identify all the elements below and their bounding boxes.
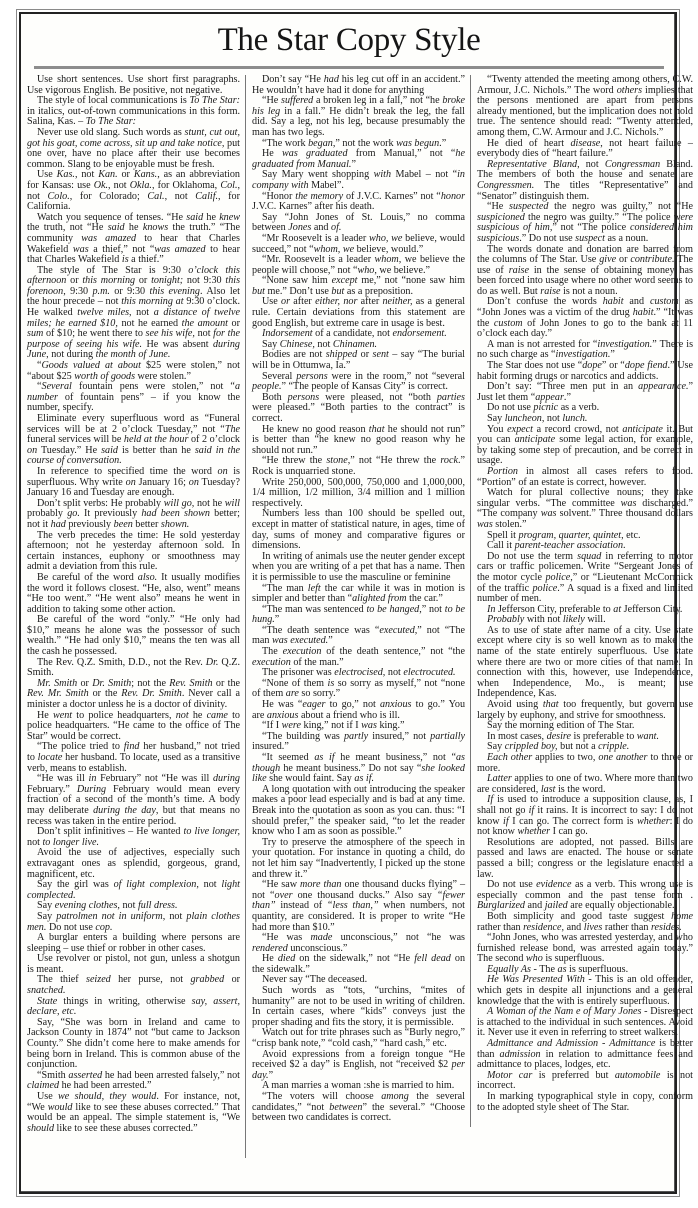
style-rule-paragraph: “He suffered a broken leg in a fall,” no…: [252, 96, 465, 138]
style-rule-paragraph: Write 250,000, 500,000, 750,000 and 1,00…: [252, 478, 465, 510]
style-rule-paragraph: “None of them is so sorry as myself,” no…: [252, 679, 465, 700]
style-rule-paragraph: Avoid using that too frequently, but gov…: [477, 700, 693, 721]
style-rule-paragraph: Motor car is preferred but automobile is…: [477, 1071, 693, 1092]
style-rule-paragraph: A long quotation with out introducing th…: [252, 785, 465, 838]
style-rule-paragraph: Each other applies to two, one another t…: [477, 753, 693, 774]
title-rule: [34, 66, 664, 69]
style-rule-paragraph: Say, “She was born in Ireland and came t…: [27, 1018, 240, 1071]
style-rule-paragraph: Both simplicity and good taste suggest h…: [477, 912, 693, 933]
style-rule-paragraph: Say “John Jones of St. Louis,” no comma …: [252, 213, 465, 234]
style-rule-paragraph: “Mr. Roosevelt is a leader whom, we beli…: [252, 255, 465, 276]
style-rule-paragraph: Bodies are not shipped or sent – say “Th…: [252, 350, 465, 371]
style-rule-paragraph: Both persons were pleased, not “both par…: [252, 393, 465, 425]
style-rule-paragraph: “Honor the memory of J.V.C. Karnes” not …: [252, 192, 465, 213]
style-rule-paragraph: Use or after either, nor after neither, …: [252, 297, 465, 329]
style-rule-paragraph: “Mr Roosevelt is a leader who, we believ…: [252, 234, 465, 255]
style-rule-paragraph: Admittance and Admission - Admittance is…: [477, 1039, 693, 1071]
style-rule-paragraph: He went to police headquarters, not he c…: [27, 711, 240, 743]
style-rule-paragraph: If is used to introduce a supposition cl…: [477, 795, 693, 837]
style-rule-paragraph: Watch for plural collective nouns; they …: [477, 488, 693, 530]
style-rule-paragraph: The style of local communications is To …: [27, 96, 240, 128]
style-rule-paragraph: Mr. Smith or Dr. Smith; not the Rev. Smi…: [27, 679, 240, 711]
style-rule-paragraph: State things in writing, otherwise say, …: [27, 997, 240, 1018]
style-rule-paragraph: The thief seized her purse, not grabbed …: [27, 975, 240, 996]
style-rule-paragraph: Use revolver or pistol, not gun, unless …: [27, 954, 240, 975]
style-rule-paragraph: You expect a record crowd, not anticipat…: [477, 425, 693, 467]
column-divider: [245, 75, 246, 1158]
style-rule-paragraph: Watch you sequence of tenses. “He said h…: [27, 213, 240, 266]
style-rule-paragraph: Representative Bland, not Congressman Bl…: [477, 160, 693, 202]
style-rule-paragraph: “He saw more than one thousand ducks fly…: [252, 880, 465, 933]
style-rule-paragraph: “The man left the car while it was in mo…: [252, 584, 465, 605]
style-rule-paragraph: Do not use the term squad in referring t…: [477, 552, 693, 605]
style-rule-paragraph: “The building was partly insured,” not p…: [252, 732, 465, 753]
style-rule-paragraph: Don’t confuse the words habit and custom…: [477, 297, 693, 339]
style-rule-paragraph: In marking typographical style in copy, …: [477, 1092, 693, 1113]
style-rule-paragraph: “He suspected the negro was guilty,” not…: [477, 202, 693, 244]
column-3: “Twenty attended the meeting among other…: [477, 75, 693, 1113]
style-rule-paragraph: As to use of state after name of a city.…: [477, 626, 693, 700]
style-rule-paragraph: Use we should, they would. For instance,…: [27, 1092, 240, 1134]
style-rule-paragraph: “He was ill in February” not “He was ill…: [27, 774, 240, 827]
style-rule-paragraph: Don’t say “He had his leg cut off in an …: [252, 75, 465, 96]
style-rule-paragraph: “He threw the stone,” not “He threw the …: [252, 456, 465, 477]
style-rule-paragraph: Be careful of the word also. It usually …: [27, 573, 240, 615]
column-1: Use short sentences. Use short first par…: [27, 75, 240, 1134]
style-rule-paragraph: Use Kas., not Kan. or Kans., as an abbre…: [27, 170, 240, 212]
style-rule-paragraph: “Smith asserted he had been arrested fal…: [27, 1071, 240, 1092]
style-rule-paragraph: Don’t split verbs: He probably will go, …: [27, 499, 240, 531]
style-rule-paragraph: “Goods valued at about $25 were stolen,”…: [27, 361, 240, 382]
style-rule-paragraph: Try to preserve the atmosphere of the sp…: [252, 838, 465, 880]
style-rule-paragraph: Don’t say: “Three men put in an appearan…: [477, 382, 693, 403]
style-rule-paragraph: “John Jones, who was arrested yesterday,…: [477, 933, 693, 965]
style-rule-paragraph: Be careful of the word “only.” “He only …: [27, 615, 240, 657]
style-rule-paragraph: Say the girl was of light complexion, no…: [27, 880, 240, 901]
style-rule-paragraph: The execution of the death sentence,” no…: [252, 647, 465, 668]
style-rule-paragraph: “The man was sentenced to be hanged,” no…: [252, 605, 465, 626]
style-rule-paragraph: Watch out for trite phrases such as “Bur…: [252, 1028, 465, 1049]
style-rule-paragraph: Several persons were in the room,” not “…: [252, 372, 465, 393]
style-rule-paragraph: “He was made unconscious,” not “he was r…: [252, 933, 465, 954]
style-rule-paragraph: Say patrolmen not in uniform, not plain …: [27, 912, 240, 933]
style-rule-paragraph: The verb precedes the time: He sold yest…: [27, 531, 240, 573]
style-rule-paragraph: He was graduated from Manual,” not “he g…: [252, 149, 465, 170]
style-rule-paragraph: Use short sentences. Use short first par…: [27, 75, 240, 96]
style-rule-paragraph: Don’t split infinitives – He wanted to l…: [27, 827, 240, 848]
style-rule-paragraph: Resolutions are adopted, not passed. Bil…: [477, 838, 693, 880]
style-rule-paragraph: He knew no good reason that he should no…: [252, 425, 465, 457]
style-rule-paragraph: “The death sentence was “executed,” not …: [252, 626, 465, 647]
style-rule-paragraph: Numbers less than 100 should be spelled …: [252, 509, 465, 551]
style-rule-paragraph: “The voters will choose among the severa…: [252, 1092, 465, 1124]
style-rule-paragraph: Latter applies to one of two. Where more…: [477, 774, 693, 795]
style-rule-paragraph: The words donate and donation are barred…: [477, 245, 693, 298]
style-rule-paragraph: In writing of animals use the neuter gen…: [252, 552, 465, 584]
style-rule-paragraph: Do not use evidence as a verb. This wron…: [477, 880, 693, 912]
style-rule-paragraph: “Twenty attended the meeting among other…: [477, 75, 693, 139]
style-rule-paragraph: “Several fountain pens were stolen,” not…: [27, 382, 240, 414]
style-rule-paragraph: In reference to specified time the word …: [27, 467, 240, 499]
style-rule-paragraph: Eliminate every superfluous word as “Fun…: [27, 414, 240, 467]
style-rule-paragraph: Avoid expressions from a foreign tongue …: [252, 1050, 465, 1082]
style-rule-paragraph: The style of The Star is 9:30 o’clock th…: [27, 266, 240, 361]
style-rule-paragraph: “None saw him except me,” not “none saw …: [252, 276, 465, 297]
style-rule-paragraph: A Woman of the Nam e of Mary Jones - Dis…: [477, 1007, 693, 1039]
style-rule-paragraph: The Star does not use “dope” or “dope fi…: [477, 361, 693, 382]
style-rule-paragraph: A burglar enters a building where person…: [27, 933, 240, 954]
style-rule-paragraph: “The police tried to find her husband,” …: [27, 742, 240, 774]
style-rule-paragraph: Portion in almost all cases refers to fo…: [477, 467, 693, 488]
style-rule-paragraph: He died on the sidewalk,” not “He fell d…: [252, 954, 465, 975]
style-rule-paragraph: “It seemed as if he meant business,” not…: [252, 753, 465, 785]
style-rule-paragraph: Avoid the use of adjectives, especially …: [27, 848, 240, 880]
style-rule-paragraph: Such words as “tots, “urchins, “mites of…: [252, 986, 465, 1028]
style-rule-paragraph: Say Mary went shopping with Mabel – not …: [252, 170, 465, 191]
style-rule-paragraph: A man is not arrested for “investigation…: [477, 340, 693, 361]
style-rule-paragraph: He was “eager to go,” not anxious to go.…: [252, 700, 465, 721]
style-rule-paragraph: He died of heart disease, not heart fail…: [477, 139, 693, 160]
column-2: Don’t say “He had his leg cut off in an …: [252, 75, 465, 1124]
column-divider: [470, 75, 471, 1127]
style-rule-paragraph: Never use old slang. Such words as stunt…: [27, 128, 240, 170]
style-rule-paragraph: The Rev. Q.Z. Smith, D.D., not the Rev. …: [27, 658, 240, 679]
style-rule-paragraph: He Was Presented With - This is an old o…: [477, 975, 693, 1007]
page-title: The Star Copy Style: [0, 22, 698, 59]
